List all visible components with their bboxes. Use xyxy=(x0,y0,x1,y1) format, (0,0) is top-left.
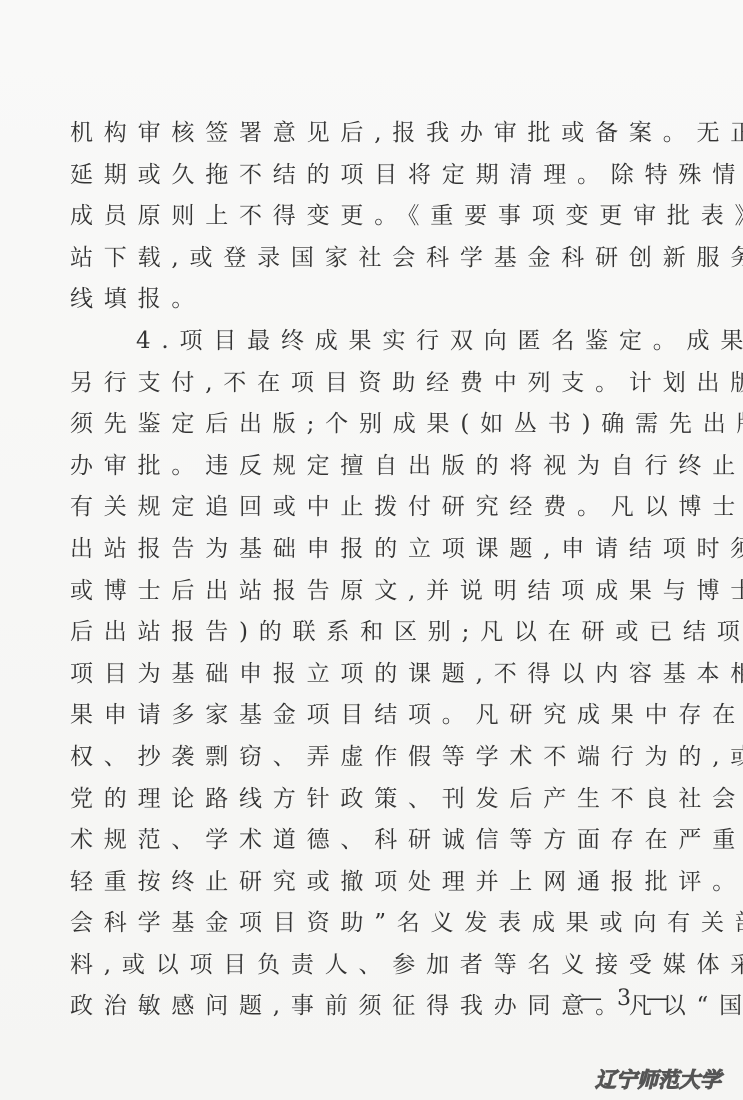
text-line: 党的理论路线方针政策、刊发后产生不良社会影响的,或在学 xyxy=(70,779,670,821)
watermark-logo: 辽宁师范大学 xyxy=(595,1064,721,1094)
text-line: 机构审核签署意见后,报我办审批或备案。无正当理由多次 xyxy=(70,113,670,155)
text-line: 出站报告为基础申报的立项课题,申请结项时须附博士论文 xyxy=(70,529,670,571)
text-line: 须先鉴定后出版;个别成果(如丛书)确需先出版的,须报我 xyxy=(70,404,670,446)
page-number: — 3 — xyxy=(580,986,672,1011)
paragraph-start-line: 4.项目最终成果实行双向匿名鉴定。成果鉴定费由我办 xyxy=(70,321,670,363)
text-line: 果申请多家基金项目结项。凡研究成果中存在侵犯知识产 xyxy=(70,695,670,737)
text-line: 后出站报告)的联系和区别;凡以在研或已结项的各级各类 xyxy=(70,612,670,654)
text-line: 办审批。违反规定擅自出版的将视为自行终止资助协议,按 xyxy=(70,446,670,488)
body-text: 机构审核签署意见后,报我办审批或备案。无正当理由多次 延期或久拖不结的项目将定期… xyxy=(70,113,670,1028)
text-line: 轻重按终止研究或撤项处理并上网通报批评。凡以“国家社 xyxy=(70,862,670,904)
text-line: 料,或以项目负责人、参加者等名义接受媒体采访时,若涉及 xyxy=(70,945,670,987)
text-line: 会科学基金项目资助”名义发表成果或向有关部门报送材 xyxy=(70,903,670,945)
text-line: 线填报。 xyxy=(70,279,670,321)
text-line: 术规范、学术道德、科研诚信等方面存在严重问题的,视情节 xyxy=(70,820,670,862)
text-line: 或博士后出站报告原文,并说明结项成果与博士论文(博士 xyxy=(70,571,670,613)
text-line: 权、抄袭剽窃、弄虚作假等学术不端行为的,或观点结论有违 xyxy=(70,737,670,779)
text-line: 延期或久拖不结的项目将定期清理。除特殊情况外,课题组 xyxy=(70,155,670,197)
document-page: 机构审核签署意见后,报我办审批或备案。无正当理由多次 延期或久拖不结的项目将定期… xyxy=(0,0,743,1100)
text-line: 项目为基础申报立项的课题,不得以内容基本相同的同一成 xyxy=(70,654,670,696)
text-line: 成员原则上不得变更。《重要事项变更审批表》请从我办网 xyxy=(70,196,670,238)
text-line: 站下载,或登录国家社会科学基金科研创新服务管理平台在 xyxy=(70,238,670,280)
text-line: 有关规定追回或中止拨付研究经费。凡以博士论文或博士后 xyxy=(70,487,670,529)
text-line: 另行支付,不在项目资助经费中列支。计划出版的最终成果 xyxy=(70,363,670,405)
